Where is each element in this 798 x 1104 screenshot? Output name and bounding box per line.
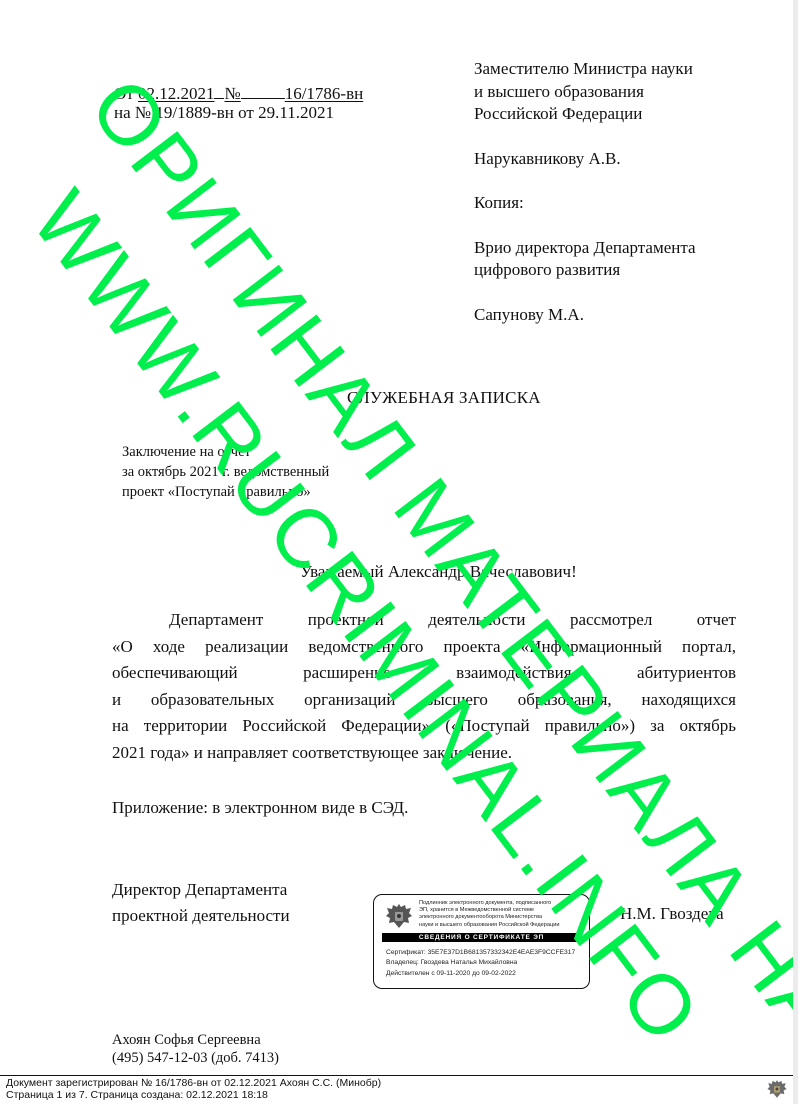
registration-number: 16/1786-вн [285,84,364,103]
footer-registration-info: Документ зарегистрирован № 16/1786-вн от… [6,1078,381,1101]
document-page: От 02.12.2021№16/1786-вн на № 19/1889-вн… [0,0,793,1104]
stamp-header-line: ЭП, хранится в Межведомственной системе [419,907,559,914]
body-line: Департамент проектной деятельности рассм… [112,607,736,634]
subject-line: за октябрь 2021 г. ведомственный [122,462,329,482]
copy-label: Копия: [474,192,696,215]
body-paragraph: Департамент проектной деятельности рассм… [112,607,736,766]
signer-role: Директор Департамента проектной деятельн… [112,877,290,929]
copy-addressee-name: Сапунову М.А. [474,304,696,327]
certificate-id: Сертификат: 35E7E37D1B681357332342E4EAE3… [386,948,575,958]
copy-addressee-line: цифрового развития [474,259,696,282]
from-prefix: От [114,84,134,103]
signer-name: Н.М. Гвоздева [620,903,724,925]
vertical-scrollbar[interactable] [793,0,798,1104]
addressee-line: Российской Федерации [474,103,696,126]
certificate-validity: Действителен с 09-11-2020 до 09-02-2022 [386,969,575,979]
body-line: обеспечивающий расширение взаимодействия… [112,660,736,687]
executor-name: Ахоян Софья Сергеевна [112,1031,279,1049]
document-title: СЛУЖЕБНАЯ ЗАПИСКА [347,387,541,409]
footer-line: Страница 1 из 7. Страница создана: 02.12… [6,1090,381,1102]
stamp-header-line: науки и высшего образования Российской Ф… [419,922,559,929]
subject-line: проект «Поступай правильно» [122,482,329,502]
greeting: Уважаемый Александр Вячеславович! [300,561,577,583]
reply-prefix: на [114,103,131,122]
stamp-header-line: электронного документооборота Министерст… [419,914,559,921]
electronic-signature-stamp: Подлинник электронного документа, подпис… [373,894,590,989]
russian-coat-of-arms-icon [766,1078,788,1100]
subject-line: Заключение на отчет [122,442,329,462]
stamp-header: Подлинник электронного документа, подпис… [419,900,559,929]
number-sign: № [224,84,240,103]
certificate-owner: Владелец: Гвоздева Наталья Михайловна [386,958,575,968]
footer-line: Документ зарегистрирован № 16/1786-вн от… [6,1078,381,1090]
body-line: на территории Российской Федерации» («По… [112,713,736,740]
executor-phone: (495) 547-12-03 (доб. 7413) [112,1049,279,1067]
addressee-line: Заместителю Министра науки [474,58,696,81]
addressee-name: Нарукавникову А.В. [474,148,696,171]
registration-date: 02.12.2021 [138,84,215,103]
copy-addressee-line: Врио директора Департамента [474,237,696,260]
body-line: и образовательных организаций высшего об… [112,687,736,714]
appendix-note: Приложение: в электронном виде в СЭД. [112,797,408,819]
signer-role-line: Директор Департамента [112,877,290,903]
body-line: 2021 года» и направляет соответствующее … [112,740,736,767]
reply-reference: № 19/1889-вн от 29.11.2021 [135,103,334,122]
subject-block: Заключение на отчет за октябрь 2021 г. в… [122,442,329,502]
russian-coat-of-arms-icon [384,901,414,931]
reply-reference-line: на № 19/1889-вн от 29.11.2021 [114,102,334,124]
stamp-certificate-info: Сертификат: 35E7E37D1B681357332342E4EAE3… [386,948,575,979]
body-line: «О ходе реализации ведомственного проект… [112,634,736,661]
addressee-block: Заместителю Министра науки и высшего обр… [474,58,696,326]
stamp-certificate-title: СВЕДЕНИЯ О СЕРТИФИКАТЕ ЭП [382,933,581,942]
executor-block: Ахоян Софья Сергеевна (495) 547-12-03 (д… [112,1031,279,1067]
footer-divider [0,1075,793,1076]
signer-role-line: проектной деятельности [112,903,290,929]
addressee-line: и высшего образования [474,81,696,104]
